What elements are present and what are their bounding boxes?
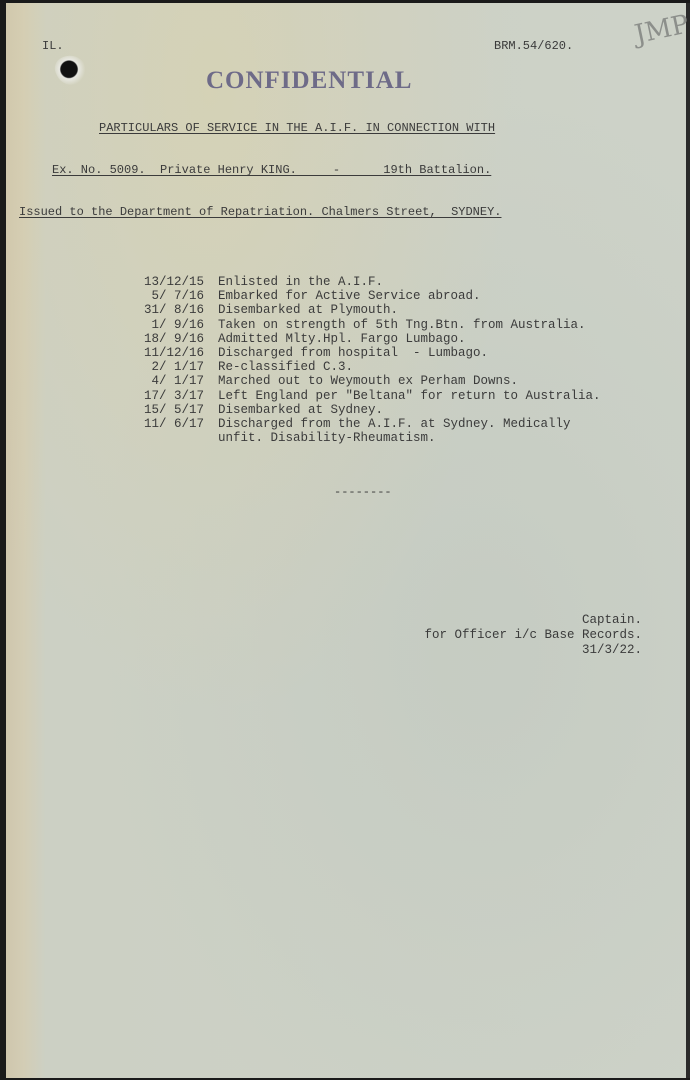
handwritten-initials: JMP (632, 15, 674, 80)
entry-date: 5/ 7/16 (128, 289, 204, 303)
entry-text: Admitted Mlty.Hpl. Fargo Lumbago. (218, 332, 658, 346)
issued-to-line: Issued to the Department of Repatriation… (19, 205, 501, 219)
entry-text: Re-classified C.3. (218, 360, 658, 374)
service-entry: 4/ 1/17Marched out to Weymouth ex Perham… (128, 374, 658, 388)
punch-hole (51, 50, 91, 90)
entry-date: 11/ 6/17 (128, 417, 204, 445)
service-entries: 13/12/15Enlisted in the A.I.F.5/ 7/16Emb… (128, 275, 658, 445)
service-entry: 11/12/16Discharged from hospital - Lumba… (128, 346, 658, 360)
entry-date: 2/ 1/17 (128, 360, 204, 374)
entry-date: 31/ 8/16 (128, 303, 204, 317)
subject-line: Ex. No. 5009. Private Henry KING. - 19th… (52, 163, 491, 177)
entry-text: Discharged from the A.I.F. at Sydney. Me… (218, 417, 658, 445)
entry-text: Discharged from hospital - Lumbago. (218, 346, 658, 360)
entry-text: Embarked for Active Service abroad. (218, 289, 658, 303)
entry-text: Marched out to Weymouth ex Perham Downs. (218, 374, 658, 388)
signature-title: Captain. (424, 613, 642, 628)
entry-date: 13/12/15 (128, 275, 204, 289)
entry-text: Disembarked at Sydney. (218, 403, 658, 417)
reference-left: IL. (42, 39, 64, 53)
signature-office: for Officer i/c Base Records. (424, 628, 642, 643)
service-entry: 15/ 5/17Disembarked at Sydney. (128, 403, 658, 417)
entry-text: Enlisted in the A.I.F. (218, 275, 658, 289)
entry-date: 1/ 9/16 (128, 318, 204, 332)
entry-date: 4/ 1/17 (128, 374, 204, 388)
service-entry: 18/ 9/16Admitted Mlty.Hpl. Fargo Lumbago… (128, 332, 658, 346)
service-entry: 17/ 3/17Left England per "Beltana" for r… (128, 389, 658, 403)
entry-date: 17/ 3/17 (128, 389, 204, 403)
entry-date: 15/ 5/17 (128, 403, 204, 417)
entry-text: Disembarked at Plymouth. (218, 303, 658, 317)
divider: -------- (334, 485, 392, 499)
document-heading: PARTICULARS OF SERVICE IN THE A.I.F. IN … (99, 121, 495, 135)
document-page: IL. BRM.54/620. JMP CONFIDENTIAL PARTICU… (6, 3, 690, 1078)
signature-block: Captain. for Officer i/c Base Records. 3… (424, 613, 642, 658)
entry-text: Taken on strength of 5th Tng.Btn. from A… (218, 318, 658, 332)
service-entry: 11/ 6/17Discharged from the A.I.F. at Sy… (128, 417, 658, 445)
service-entry: 31/ 8/16Disembarked at Plymouth. (128, 303, 658, 317)
entry-date: 11/12/16 (128, 346, 204, 360)
entry-date: 18/ 9/16 (128, 332, 204, 346)
service-entry: 2/ 1/17Re-classified C.3. (128, 360, 658, 374)
entry-text: Left England per "Beltana" for return to… (218, 389, 658, 403)
reference-number: BRM.54/620. (494, 39, 573, 53)
service-entry: 1/ 9/16Taken on strength of 5th Tng.Btn.… (128, 318, 658, 332)
signature-date: 31/3/22. (424, 643, 642, 658)
service-entry: 13/12/15Enlisted in the A.I.F. (128, 275, 658, 289)
service-entry: 5/ 7/16Embarked for Active Service abroa… (128, 289, 658, 303)
confidential-stamp: CONFIDENTIAL (206, 67, 412, 95)
